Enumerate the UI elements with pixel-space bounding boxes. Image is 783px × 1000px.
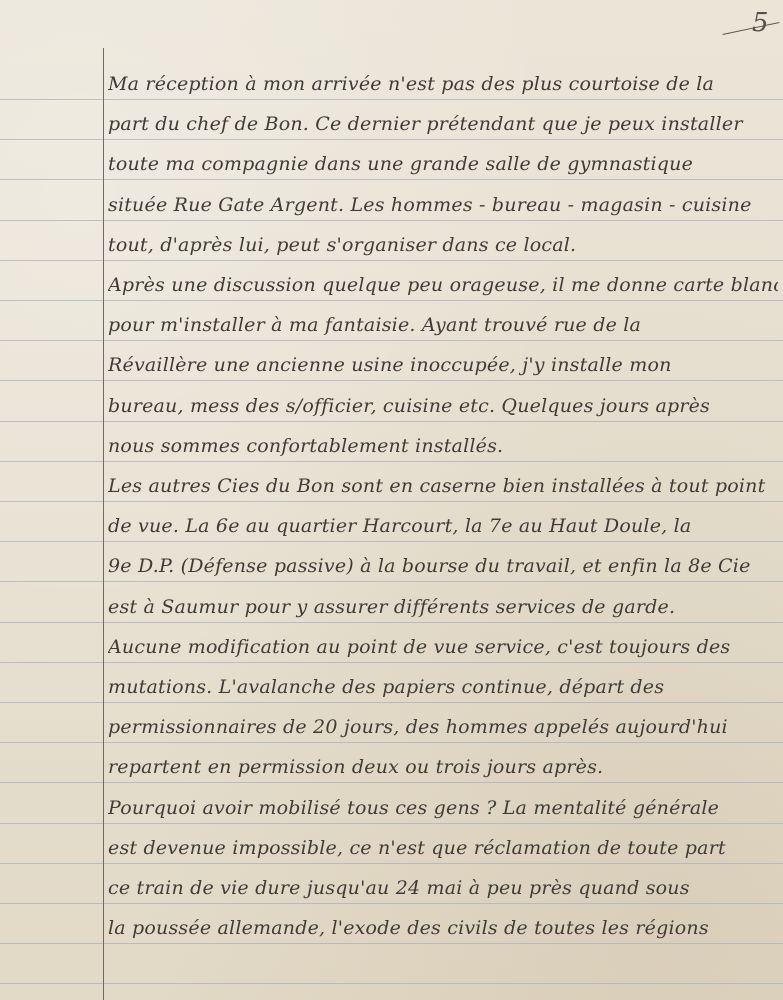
text-line: située Rue Gate Argent. Les hommes - bur…	[108, 186, 778, 224]
text-line: Les autres Cies du Bon sont en caserne b…	[108, 467, 778, 505]
margin-line	[103, 48, 104, 1000]
text-line: de vue. La 6e au quartier Harcourt, la 7…	[108, 507, 778, 545]
text-line: la poussée allemande, l'exode des civils…	[108, 909, 778, 947]
text-line: Ma réception à mon arrivée n'est pas des…	[108, 65, 778, 103]
page-number: 5	[752, 8, 769, 38]
ruled-line	[0, 983, 783, 984]
text-line: tout, d'après lui, peut s'organiser dans…	[108, 226, 778, 264]
text-line: Aucune modification au point de vue serv…	[108, 628, 778, 666]
text-line: Pourquoi avoir mobilisé tous ces gens ? …	[108, 789, 778, 827]
text-line: Après une discussion quelque peu orageus…	[108, 266, 778, 304]
text-line: toute ma compagnie dans une grande salle…	[108, 145, 778, 183]
text-line: est devenue impossible, ce n'est que réc…	[108, 829, 778, 867]
text-line: 9e D.P. (Défense passive) à la bourse du…	[108, 547, 778, 585]
text-line: est à Saumur pour y assurer différents s…	[108, 588, 778, 626]
text-line: repartent en permission deux ou trois jo…	[108, 748, 778, 786]
text-line: ce train de vie dure jusqu'au 24 mai à p…	[108, 869, 778, 907]
text-line: pour m'installer à ma fantaisie. Ayant t…	[108, 306, 778, 344]
text-line: mutations. L'avalanche des papiers conti…	[108, 668, 778, 706]
text-line: bureau, mess des s/officier, cuisine etc…	[108, 387, 778, 425]
text-line: permissionnaires de 20 jours, des hommes…	[108, 708, 778, 746]
text-line: part du chef de Bon. Ce dernier prétenda…	[108, 105, 778, 143]
notebook-page: 5 Ma réception à mon arrivée n'est pas d…	[0, 0, 783, 1000]
text-line: Révaillère une ancienne usine inoccupée,…	[108, 346, 778, 384]
text-line: nous sommes confortablement installés.	[108, 427, 778, 465]
